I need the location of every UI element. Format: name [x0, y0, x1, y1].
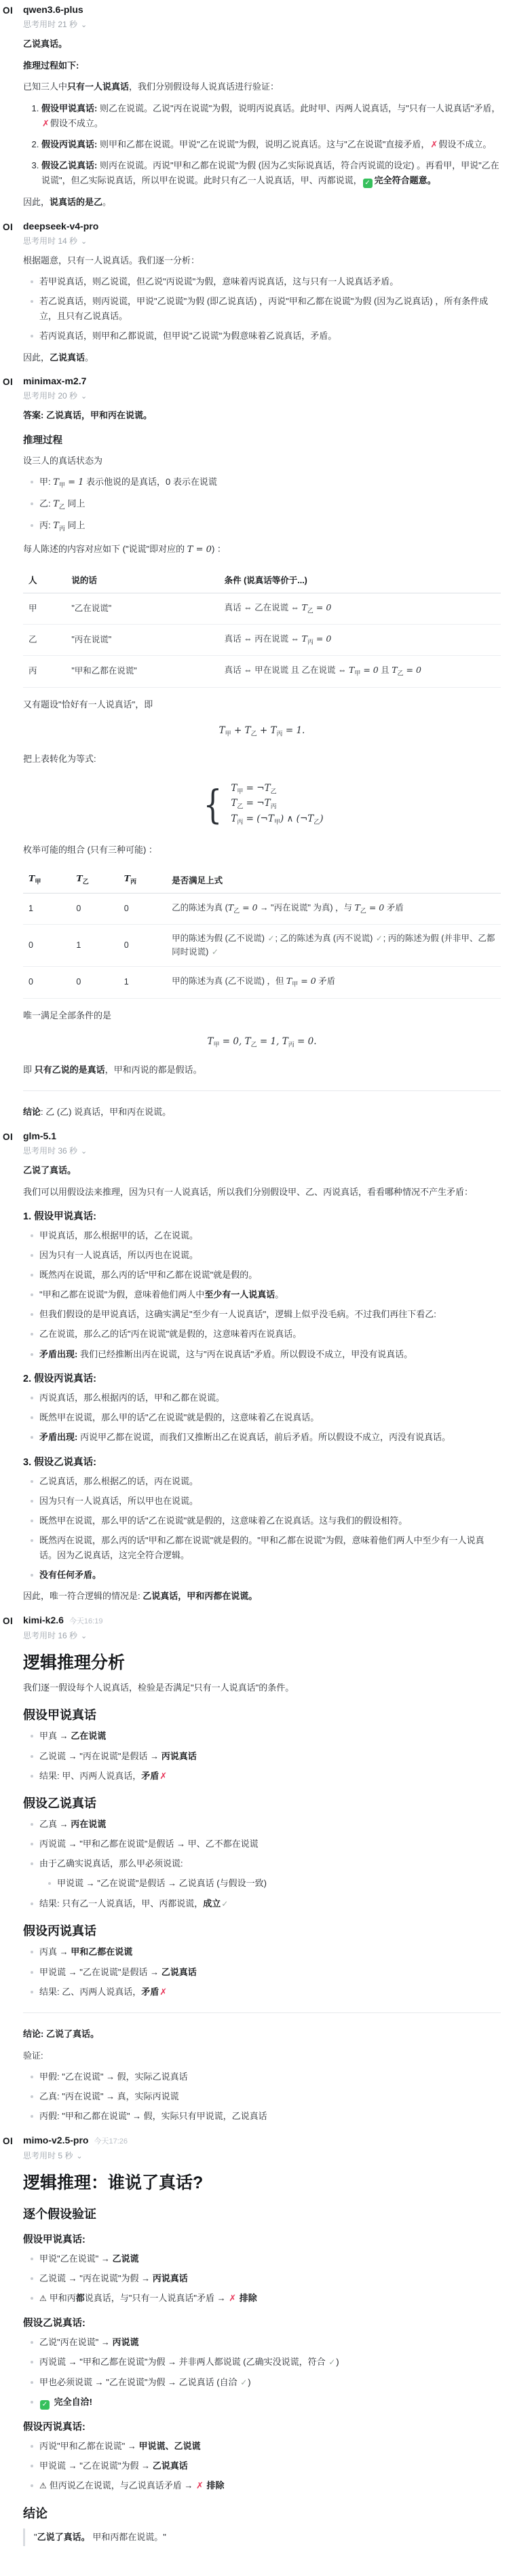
thinking-time-label: 思考用时 20 秒	[23, 391, 77, 401]
text-run: 乙真: "丙在说谎" → 真，实际丙说谎	[39, 2091, 179, 2101]
table-row: 100乙的陈述为真 (T乙 = 0 → "丙在说谎" 为真) ，与 T乙 = 0…	[23, 893, 501, 924]
text-run: 我们逐一假设每个人说真话，检验是否满足"只有一人说真话"的条件。	[23, 1682, 294, 1693]
list-item: 若甲说真话，则乙说谎，但乙说"丙说谎"为假，意味着丙说真话，这与只有一人说真话矛…	[39, 274, 501, 289]
list-item: 假设丙说真话: 则甲和乙都在说谎。甲说"乙在说谎"为假，说明乙说真话。这与"乙在…	[41, 137, 501, 152]
model-answer: 乙说了真话。我们可以用假设法来推理，因为只有一人说真话，所以我们分别假设甲、乙、…	[23, 1163, 501, 1604]
text-run: 乙说"丙在说谎" →	[39, 2337, 112, 2347]
text-run: 结果: 只有乙一人说真话，甲、丙都说谎，	[39, 1898, 203, 1909]
math-expression: T乙 = 0	[228, 902, 258, 913]
table-row: 001甲的陈述为真 (乙不说谎) ，但 T甲 = 0 矛盾	[23, 967, 501, 998]
model-name: kimi-k2.6	[23, 1615, 64, 1625]
text-run: 丙:	[39, 520, 53, 530]
model-name: qwen3.6-plus	[23, 4, 83, 15]
text-run: 0	[76, 904, 81, 913]
math-formula: T甲 + T乙 + T丙 = 1.	[23, 725, 501, 738]
thinking-time-toggle[interactable]: 思考用时 21 秒⌄	[23, 18, 501, 30]
list-item: 乙在说谎，那么乙的话"丙在说谎"就是假的，这意味着丙在说真话。	[39, 1327, 501, 1342]
math-expression: T丙 = 0	[302, 633, 332, 644]
table-cell: "丙在说谎"	[66, 625, 218, 656]
text-run: 甲说"乙在说谎" →	[39, 2253, 112, 2264]
model-answer: 乙说真话。推理过程如下:已知三人中只有一人说真话，我们分别假设每人说真话进行验证…	[23, 37, 501, 210]
math-expression: T甲 = ¬T乙	[231, 783, 323, 796]
paragraph: 又有题设"恰好有一人说真话"，即	[23, 697, 501, 712]
text-run: 假设乙说真话:	[41, 160, 100, 170]
text-run: 乙说真话	[161, 1967, 197, 1977]
model-response: OIqwen3.6-plus思考用时 21 秒⌄乙说真话。推理过程如下:已知三人…	[23, 4, 501, 210]
text-run: 丙假: "甲和乙都在说谎" → 假，实际只有甲说谎，乙说真话	[39, 2111, 267, 2121]
paragraph: 设三人的真话状态为	[23, 454, 501, 468]
bullet-list: 甲真 → 乙在说谎乙说谎 → "丙在说谎"是假话 → 丙说真话结果: 甲、丙两人…	[23, 1729, 501, 1783]
list-item: 甲说谎 → "乙在说谎"为假 → 乙说真话	[39, 2459, 501, 2473]
list-item: 但我们假设的是甲说真话，这确实满足"至少有一人说真话"，逻辑上似乎没毛病。不过我…	[39, 1307, 501, 1322]
text-run: 丙说谎	[112, 2337, 138, 2347]
thinking-time-label: 思考用时 5 秒	[23, 2151, 73, 2160]
equation-lines: T甲 = ¬T乙T乙 = ¬T丙T丙 = (¬T甲) ∧ (¬T乙)	[231, 780, 323, 829]
list-item: 若乙说真话，则丙说谎，甲说"乙说谎"为假 (即乙说真话) ，丙说"甲和乙都在说谎…	[39, 294, 501, 323]
table-cell: 乙	[23, 625, 66, 656]
model-name: deepseek-v4-pro	[23, 221, 98, 232]
list-item: 丙说谎 → "甲和乙都在说谎"是假话 → 甲、乙不都在说谎	[39, 1837, 501, 1852]
table-header-cell: T乙	[71, 866, 118, 893]
text-run: 唯一满足全部条件的是	[23, 1010, 111, 1020]
chevron-down-icon: ⌄	[81, 1632, 87, 1640]
model-name: mimo-v2.5-pro	[23, 2135, 88, 2146]
model-answer: 根据题意，只有一人说真话。我们逐一分析：若甲说真话，则乙说谎，但乙说"丙说谎"为…	[23, 253, 501, 365]
list-item: 既然甲在说谎，那么甲的话"乙在说谎"就是假的，这意味着乙在说真话。	[39, 1410, 501, 1425]
math-expression: T甲 = 1	[53, 477, 83, 487]
list-item: 若丙说真话，则甲和乙都说谎，但甲说"乙说谎"为假意味着乙说真话，矛盾。	[39, 329, 501, 344]
paragraph: 答案: 乙说真话，甲和丙在说谎。	[23, 408, 501, 423]
text-run: 且	[379, 665, 392, 675]
bullet-list: 甲说谎 → "乙在说谎"是假话 → 乙说真话 (与假设一致)	[39, 1876, 501, 1891]
table-row: 丙"甲和乙都在说谎"真话 ⇔ 甲在说谎 且 乙在说谎 ⇔ T甲 = 0 且 T乙…	[23, 656, 501, 687]
text-run: 既然甲在说谎，那么甲的话"乙在说谎"就是假的，这意味着乙在说真话。这与我们的假设…	[39, 1515, 407, 1526]
thinking-time-toggle[interactable]: 思考用时 14 秒⌄	[23, 235, 501, 246]
math-expression: T乙 = 0	[392, 665, 421, 675]
text-run: 乙说谎 → "丙在说谎"为假 →	[39, 2273, 153, 2283]
math-expression: T乙 = 0	[354, 902, 384, 913]
table-cell: 1	[71, 925, 118, 967]
text-run: 甲说谎、乙说谎	[138, 2441, 200, 2451]
list-item: 乙: T乙 同上	[39, 496, 501, 513]
list-item: 甲说谎 → "乙在说谎"是假话 → 乙说真话 (与假设一致)	[57, 1876, 501, 1891]
chevron-down-icon: ⌄	[81, 21, 87, 29]
paragraph: 验证:	[23, 2048, 501, 2063]
text-run: 因为只有一人说真话，所以丙也在说谎。	[39, 1250, 198, 1260]
text-run: 因为只有一人说真话，所以甲也在说谎。	[39, 1496, 198, 1506]
text-run: 若丙说真话，则甲和乙都说谎，但甲说"乙说谎"为假意味着乙说真话，矛盾。	[39, 331, 337, 341]
thinking-time-label: 思考用时 16 秒	[23, 1631, 77, 1640]
heading: 假设甲说真话	[23, 1706, 501, 1723]
paragraph: 把上表转化为等式:	[23, 752, 501, 767]
text-run: )	[248, 2377, 250, 2387]
text-run: 我们已经推断出丙在说谎，这与"丙在说真话"矛盾。所以假设不成立，甲没有说真话。	[80, 1349, 413, 1359]
text-run: 已知三人中	[23, 81, 67, 92]
table-header-cell: T甲	[23, 866, 71, 893]
error-cross-icon: ✗	[196, 2480, 204, 2490]
text-run: 既然甲在说谎，那么甲的话"乙在说谎"就是假的，这意味着乙在说真话。	[39, 1412, 319, 1422]
text-run: 根据题意，只有一人说真话。我们逐一分析：	[23, 255, 199, 265]
blockquote: "乙说了真话。 甲和丙都在说谎。"	[23, 2528, 501, 2546]
text-run: 甲的陈述为假 (乙不说谎)	[172, 934, 267, 943]
text-run: "甲和乙都在说谎"	[71, 666, 136, 676]
list-item: 乙说谎 → "丙在说谎"为假 → 丙说真话	[39, 2271, 501, 2286]
divider	[23, 2012, 501, 2013]
text-run: 甲说谎 → "乙在说谎"为假 →	[39, 2461, 153, 2471]
heading: 逐个假设验证	[23, 2205, 501, 2222]
text-run: ，甲和丙说的都是假话。	[105, 1065, 202, 1075]
text-run: 乙的陈述为真 (	[172, 903, 228, 913]
text-run: 甲和丙都在说谎。"	[90, 2532, 166, 2542]
model-response: OIdeepseek-v4-pro思考用时 14 秒⌄根据题意，只有一人说真话。…	[23, 221, 501, 365]
warning-icon: ⚠	[39, 2481, 47, 2490]
list-item: 没有任何矛盾。	[39, 1568, 501, 1583]
heading: 2. 假设丙说真话:	[23, 1371, 501, 1385]
list-item: 假设甲说真话: 则乙在说谎。乙说"丙在说谎"为假，说明丙说真话。此时甲、丙两人说…	[41, 101, 501, 131]
table-body: 甲"乙在说谎"真话 ⇔ 乙在说谎 ⇔ T乙 = 0乙"丙在说谎"真话 ⇔ 丙在说…	[23, 593, 501, 687]
text-run: ; 乙的陈述为真 (丙不说谎)	[275, 934, 375, 943]
list-item: 结果: 只有乙一人说真话，甲、丙都说谎，成立✓	[39, 1896, 501, 1911]
thinking-time-label: 思考用时 36 秒	[23, 1146, 77, 1156]
text-run: 乙说真话	[153, 2461, 188, 2471]
table-cell: "乙在说谎"	[66, 593, 218, 624]
table-header-cell: 条件 (说真话等价于...)	[219, 567, 501, 593]
text-run: 答案: 乙说真话，甲和丙在说谎。	[23, 410, 152, 420]
list-item: 丙说"甲和乙都在说谎" → 甲说谎、乙说谎	[39, 2439, 501, 2454]
text-run: 则乙在说谎。乙说"丙在说谎"为假，说明丙说真话。此时甲、丙两人说真话，与"只有一…	[100, 103, 500, 113]
text-run: "甲和乙都在说谎"为假，意味着他们两人中	[39, 1289, 204, 1300]
text-run: 是否满足上式	[172, 876, 223, 885]
text-run: 甲说谎 → "乙在说谎"是假话 → 乙说真话 (与假设一致)	[57, 1878, 267, 1888]
list-item: 结果: 乙、丙两人说真话，矛盾✗	[39, 1985, 501, 2000]
math-expression: T乙	[53, 499, 65, 509]
text-run: 乙:	[39, 498, 53, 509]
text-run: 。	[85, 352, 94, 363]
text-run: 因此，唯一符合逻辑的情况是:	[23, 1591, 142, 1601]
bullet-list: 甲假: "乙在说谎" → 假，实际乙说真话乙真: "丙在说谎" → 真，实际丙说…	[23, 2069, 501, 2124]
math-expression: T丙	[124, 873, 136, 883]
math-expression: T乙 = ¬T丙	[231, 798, 323, 811]
table-cell: 1	[119, 967, 166, 998]
model-response: OIglm-5.1思考用时 36 秒⌄乙说了真话。我们可以用假设法来推理，因为只…	[23, 1130, 501, 1604]
list-item: 乙说"丙在说谎" → 丙说谎	[39, 2335, 501, 2350]
table-row: T甲T乙T丙是否满足上式	[23, 866, 501, 893]
chevron-down-icon: ⌄	[81, 1147, 87, 1156]
text-run: 排除	[207, 2480, 225, 2490]
text-run: 都	[76, 2293, 85, 2303]
model-answer: 逻辑推理：谁说了真话?逐个假设验证假设甲说真话:甲说"乙在说谎" → 乙说谎乙说…	[23, 2169, 501, 2546]
check-icon: ✓	[328, 2357, 335, 2367]
success-check-icon: ✓	[363, 179, 373, 188]
text-run: 把上表转化为等式:	[23, 754, 96, 764]
data-table: T甲T乙T丙是否满足上式100乙的陈述为真 (T乙 = 0 → "丙在说谎" 为…	[23, 866, 501, 998]
table-cell: 真话 ⇔ 乙在说谎 ⇔ T乙 = 0	[219, 593, 501, 624]
model-avatar: OI	[3, 1616, 13, 1626]
list-item: ✓ 完全自洽!	[39, 2395, 501, 2410]
model-header: kimi-k2.6今天16:19	[23, 1615, 501, 1626]
heading: 逻辑推理：谁说了真话?	[23, 2169, 501, 2194]
text-run: 没有任何矛盾。	[39, 1570, 101, 1580]
message-timestamp: 今天16:19	[69, 1615, 103, 1626]
text-run: 矛盾	[141, 1771, 159, 1781]
math-expression: T丙 = (¬T甲) ∧ (¬T乙)	[231, 813, 323, 826]
text-run: 甲说真话，那么根据甲的话，乙在说谎。	[39, 1230, 198, 1240]
thinking-time-toggle[interactable]: 思考用时 36 秒⌄	[23, 1145, 501, 1156]
bullet-list: 甲说真话，那么根据甲的话，乙在说谎。因为只有一人说真话，所以丙也在说谎。既然丙在…	[23, 1228, 501, 1361]
text-run: : 乙 (乙) 说真话，甲和丙在说谎。	[41, 1107, 171, 1117]
text-run: 丙说甲乙都在说谎，而我们又推断出乙在说真话，前后矛盾。所以假设不成立，丙没有说真…	[80, 1432, 451, 1442]
model-avatar: OI	[3, 2136, 13, 2146]
text-run: 丙说谎 → "甲和乙都在说谎"为假 → 并非两人都说谎 (乙确实没说谎，符合	[39, 2357, 328, 2367]
list-item: 既然丙在说谎，那么丙的话"甲和乙都在说谎"就是假的。	[39, 1268, 501, 1283]
list-item: 丙说谎 → "甲和乙都在说谎"为假 → 并非两人都说谎 (乙确实没说谎，符合 ✓…	[39, 2355, 501, 2370]
check-icon: ✓	[376, 934, 383, 943]
data-table: 人说的话条件 (说真话等价于...)甲"乙在说谎"真话 ⇔ 乙在说谎 ⇔ T乙 …	[23, 567, 501, 688]
list-item: "甲和乙都在说谎"为假，意味着他们两人中至少有一人说真话。	[39, 1287, 501, 1302]
table-header-cell: 是否满足上式	[166, 866, 501, 893]
heading: 结论	[23, 2504, 501, 2522]
text-run: 成立	[203, 1898, 221, 1909]
text-run: 乙说谎	[112, 2253, 138, 2264]
text-run: 乙说了真话。	[37, 2532, 90, 2542]
text-run: 即	[23, 1065, 35, 1075]
table-cell: 0	[119, 893, 166, 924]
text-run: 完全符合题意。	[375, 175, 436, 185]
bullet-list: 丙说真话，那么根据丙的话，甲和乙都在说谎。既然甲在说谎，那么甲的话"乙在说谎"就…	[23, 1391, 501, 1445]
math-expression: T乙	[76, 873, 88, 883]
math-expression: T甲	[28, 873, 41, 883]
error-cross-icon: ✗	[159, 1771, 167, 1781]
math-expression: T甲 = 0	[286, 976, 316, 986]
model-avatar: OI	[3, 5, 13, 16]
list-item: 甲说真话，那么根据甲的话，乙在说谎。	[39, 1228, 501, 1243]
paragraph: 因此，乙说真话。	[23, 350, 501, 365]
thinking-time-label: 思考用时 21 秒	[23, 20, 77, 29]
paragraph: 枚举可能的组合 (只有三种可能) ：	[23, 843, 501, 858]
text-run: 只有乙说的是真话	[35, 1065, 105, 1075]
model-name: minimax-m2.7	[23, 375, 86, 386]
text-run: 矛盾	[384, 903, 403, 913]
thinking-time-toggle[interactable]: 思考用时 16 秒⌄	[23, 1630, 501, 1641]
brace-glyph: {	[204, 787, 223, 822]
table-cell: "甲和乙都在说谎"	[66, 656, 218, 687]
text-run: 结果: 乙、丙两人说真话，	[39, 1987, 141, 1997]
heading: 逻辑推理分析	[23, 1649, 501, 1674]
math-expression: T甲 + T乙 + T丙 = 1.	[219, 725, 305, 736]
text-run: 甲的陈述为真 (乙不说谎) ，但	[172, 976, 286, 986]
list-item: 丙: T丙 同上	[39, 518, 501, 535]
numbered-list: 假设甲说真话: 则乙在说谎。乙说"丙在说谎"为假，说明丙说真话。此时甲、丙两人说…	[23, 101, 501, 188]
text-run: 丙说真话	[161, 1751, 197, 1761]
paragraph: 乙说真话。	[23, 37, 501, 52]
text-run: 结论	[23, 1107, 41, 1117]
text-run: 至少有一人说真话	[204, 1289, 275, 1300]
text-run: 因此，	[23, 197, 50, 207]
text-run: "丙在说谎"	[71, 635, 111, 644]
text-run: 说真话，与"只有一人说真话"矛盾 →	[85, 2293, 228, 2303]
list-item: 矛盾出现: 我们已经推断出丙在说谎，这与"丙在说真话"矛盾。所以假设不成立，甲没…	[39, 1347, 501, 1362]
error-cross-icon: ✗	[430, 139, 438, 149]
bullet-list: 若甲说真话，则乙说谎，但乙说"丙说谎"为假，意味着丙说真话，这与只有一人说真话矛…	[23, 274, 501, 343]
paragraph: 已知三人中只有一人说真话，我们分别假设每人说真话进行验证：	[23, 79, 501, 94]
text-run: 矛盾出现:	[39, 1349, 80, 1359]
text-run: 0	[28, 977, 33, 987]
paragraph: 乙说了真话。	[23, 1163, 501, 1178]
table-cell: 甲的陈述为真 (乙不说谎) ，但 T甲 = 0 矛盾	[166, 967, 501, 998]
text-run: 但丙说乙在说谎，与乙说真话矛盾 →	[50, 2480, 195, 2490]
text-run: ，我们分别假设每人说真话进行验证：	[129, 81, 279, 92]
list-item: 甲: T甲 = 1 表示他说的是真话，0 表示在说谎	[39, 475, 501, 492]
text-run: 又有题设"恰好有一人说真话"，即	[23, 699, 153, 710]
text-run: 丙说真话，那么根据丙的话，甲和乙都在说谎。	[39, 1393, 225, 1403]
math-expression: T = 0	[187, 545, 212, 555]
table-cell: 1	[23, 893, 71, 924]
paragraph: 我们逐一假设每个人说真话，检验是否满足"只有一人说真话"的条件。	[23, 1680, 501, 1695]
heading: 推理过程	[23, 433, 501, 447]
thinking-time-label: 思考用时 14 秒	[23, 236, 77, 246]
table-cell: 0	[71, 967, 118, 998]
paragraph: 根据题意，只有一人说真话。我们逐一分析：	[23, 253, 501, 268]
heading: 假设乙说真话:	[23, 2315, 501, 2330]
text-run: 甲和丙	[50, 2293, 76, 2303]
paragraph: 结论: 乙 (乙) 说真话，甲和丙在说谎。	[23, 1105, 501, 1120]
text-run: 1	[76, 940, 81, 950]
list-item: 甲说"乙在说谎" → 乙说谎	[39, 2251, 501, 2266]
list-item: 丙假: "甲和乙都在说谎" → 假，实际只有甲说谎，乙说真话	[39, 2109, 501, 2124]
text-run: 人	[28, 576, 37, 585]
list-item: 既然丙在说谎，那么丙的话"甲和乙都在说谎"就是假的。"甲和乙都在说谎"为假，意味…	[39, 1533, 501, 1562]
text-run: 矛盾	[141, 1987, 159, 1997]
bullet-list: 乙真 → 丙在说谎丙说谎 → "甲和乙都在说谎"是假话 → 甲、乙不都在说谎由于…	[23, 1817, 501, 1911]
text-run: 乙在说谎	[71, 1731, 106, 1741]
paragraph: 每人陈述的内容对应如下 ("说谎"即对应的 T = 0) ：	[23, 542, 501, 557]
math-formula: T甲 = 0, T乙 = 1, T丙 = 0.	[23, 1036, 501, 1049]
text-run: 丙说真话	[153, 2273, 188, 2283]
paragraph: 因此，说真话的是乙。	[23, 195, 501, 210]
heading: 1. 假设甲说真话:	[23, 1209, 501, 1223]
text-run: 同上	[65, 520, 85, 530]
text-run: 说真话的是乙	[50, 197, 102, 207]
paragraph: 推理过程如下:	[23, 58, 501, 73]
check-icon: ✓	[240, 2378, 247, 2387]
text-run: 每人陈述的内容对应如下 ("说谎"即对应的	[23, 544, 187, 554]
text-run: 矛盾出现:	[39, 1432, 80, 1442]
bullet-list: 乙说真话，那么根据乙的话，丙在说谎。因为只有一人说真话，所以甲也在说谎。既然甲在…	[23, 1474, 501, 1582]
list-item: 甲真 → 乙在说谎	[39, 1729, 501, 1744]
paragraph: 结论: 乙说了真话。	[23, 2027, 501, 2042]
text-run: 1	[28, 904, 33, 913]
text-run: 假设不成立。	[50, 118, 103, 128]
model-avatar: OI	[3, 377, 13, 387]
text-run: 既然丙在说谎，那么丙的话"甲和乙都在说谎"就是假的。	[39, 1270, 257, 1280]
list-item: 乙说谎 → "丙在说谎"是假话 → 丙说真话	[39, 1749, 501, 1764]
table-header-cell: 人	[23, 567, 66, 593]
text-run: 乙在说谎，那么乙的话"丙在说谎"就是假的，这意味着丙在说真话。	[39, 1329, 301, 1339]
text-run: 结论: 乙说了真话。	[23, 2029, 99, 2039]
model-header: minimax-m2.7	[23, 375, 501, 386]
table-cell: 乙的陈述为真 (T乙 = 0 → "丙在说谎" 为真) ，与 T乙 = 0 矛盾	[166, 893, 501, 924]
heading: 假设丙说真话	[23, 1921, 501, 1939]
equation-system: {T甲 = ¬T乙T乙 = ¬T丙T丙 = (¬T甲) ∧ (¬T乙)	[23, 780, 501, 829]
list-item: 由于乙确实说真话，那么甲必须说谎:甲说谎 → "乙在说谎"是假话 → 乙说真话 …	[39, 1856, 501, 1891]
list-item: 甲假: "乙在说谎" → 假，实际乙说真话	[39, 2069, 501, 2084]
table-header-cell: 说的话	[66, 567, 218, 593]
text-run: 因此，	[23, 352, 50, 363]
text-run: 假设丙说真话:	[41, 139, 100, 149]
text-run: )	[336, 2357, 339, 2367]
text-run: 乙说真话，那么根据乙的话，丙在说谎。	[39, 1476, 198, 1486]
text-run: "乙在说谎"	[71, 604, 111, 613]
model-header: glm-5.1	[23, 1130, 501, 1141]
thinking-time-toggle[interactable]: 思考用时 5 秒⌄	[23, 2150, 501, 2161]
text-run: 乙说真话。	[23, 39, 67, 49]
table-cell: 丙	[23, 656, 66, 687]
math-expression: T甲 = 0, T乙 = 1, T丙 = 0.	[207, 1036, 316, 1047]
text-run: 甲也必须说谎 → "乙在说谎"为假 → 乙说真话 (自洽	[39, 2377, 240, 2387]
text-run: 只有一人说真话	[67, 81, 129, 92]
model-header: qwen3.6-plus	[23, 4, 501, 15]
list-item: 因为只有一人说真话，所以甲也在说谎。	[39, 1494, 501, 1509]
table-header-cell: T丙	[119, 866, 166, 893]
table-row: 甲"乙在说谎"真话 ⇔ 乙在说谎 ⇔ T乙 = 0	[23, 593, 501, 624]
chevron-down-icon: ⌄	[81, 392, 87, 401]
text-run: 丙说"甲和乙都在说谎" →	[39, 2441, 138, 2451]
check-icon: ✓	[267, 934, 274, 943]
text-run: → "丙在说谎" 为真) ，与	[258, 903, 355, 913]
table-cell: 0	[23, 925, 71, 967]
text-run: 乙	[28, 635, 37, 644]
text-run: 但我们假设的是甲说真话，这确实满足"至少有一人说真话"，逻辑上似乎没毛病。不过我…	[39, 1309, 436, 1319]
paragraph: 因此，唯一符合逻辑的情况是: 乙说真话，甲和丙都在说谎。	[23, 1589, 501, 1604]
thinking-time-toggle[interactable]: 思考用时 20 秒⌄	[23, 390, 501, 401]
model-answer: 逻辑推理分析我们逐一假设每个人说真话，检验是否满足"只有一人说真话"的条件。假设…	[23, 1649, 501, 2124]
table-cell: 0	[119, 925, 166, 967]
paragraph: 唯一满足全部条件的是	[23, 1008, 501, 1023]
list-item: 乙说真话，那么根据乙的话，丙在说谎。	[39, 1474, 501, 1489]
warning-icon: ⚠	[39, 2294, 47, 2303]
bullet-list: 乙说"丙在说谎" → 丙说谎丙说谎 → "甲和乙都在说谎"为假 → 并非两人都说…	[23, 2335, 501, 2410]
error-cross-icon: ✗	[229, 2293, 236, 2303]
text-run: 假设不成立。	[438, 139, 491, 149]
error-cross-icon: ✗	[159, 1987, 167, 1997]
table-body: 100乙的陈述为真 (T乙 = 0 → "丙在说谎" 为真) ，与 T乙 = 0…	[23, 893, 501, 998]
list-item: 丙说真话，那么根据丙的话，甲和乙都在说谎。	[39, 1391, 501, 1405]
list-item: 既然甲在说谎，那么甲的话"乙在说谎"就是假的，这意味着乙在说真话。这与我们的假设…	[39, 1513, 501, 1528]
text-run: 枚举可能的组合 (只有三种可能) ：	[23, 845, 157, 855]
text-run: 推理过程如下:	[23, 60, 79, 71]
text-run: 我们可以用假设法来推理，因为只有一人说真话，所以我们分别假设甲、乙、丙说真话，看…	[23, 1187, 473, 1197]
model-avatar: OI	[3, 222, 13, 232]
table-cell: 0	[23, 967, 71, 998]
text-run: 由于乙确实说真话，那么甲必须说谎:	[39, 1858, 183, 1869]
table-cell: 甲	[23, 593, 66, 624]
text-run: 0	[28, 940, 33, 950]
list-item: 矛盾出现: 丙说甲乙都在说谎，而我们又推断出乙在说真话，前后矛盾。所以假设不成立…	[39, 1430, 501, 1445]
text-run: 若甲说真话，则乙说谎，但乙说"丙说谎"为假，意味着丙说真话，这与只有一人说真话矛…	[39, 276, 398, 287]
text-run: ) ：	[212, 544, 226, 554]
list-item: 乙真: "丙在说谎" → 真，实际丙说谎	[39, 2089, 501, 2104]
bullet-list: 甲: T甲 = 1 表示他说的是真话，0 表示在说谎乙: T乙 同上丙: T丙 …	[23, 475, 501, 535]
paragraph: 即 只有乙说的是真话，甲和丙说的都是假话。	[23, 1063, 501, 1078]
model-response: OIkimi-k2.6今天16:19思考用时 16 秒⌄逻辑推理分析我们逐一假设…	[23, 1615, 501, 2124]
model-header: mimo-v2.5-pro今天17:26	[23, 2135, 501, 2146]
heading: 假设丙说真话:	[23, 2419, 501, 2433]
math-expression: T甲 = 0	[349, 665, 379, 675]
list-item: 假设乙说真话: 则丙在说谎。丙说"甲和乙都在说谎"为假 (因为乙实际说真话，符合…	[41, 158, 501, 188]
text-run: 既然丙在说谎，那么丙的话"甲和乙都在说谎"就是假的。"甲和乙都在说谎"为假，意味…	[39, 1535, 484, 1560]
text-run: 设三人的真话状态为	[23, 456, 102, 466]
table-cell: 真话 ⇔ 丙在说谎 ⇔ T丙 = 0	[219, 625, 501, 656]
